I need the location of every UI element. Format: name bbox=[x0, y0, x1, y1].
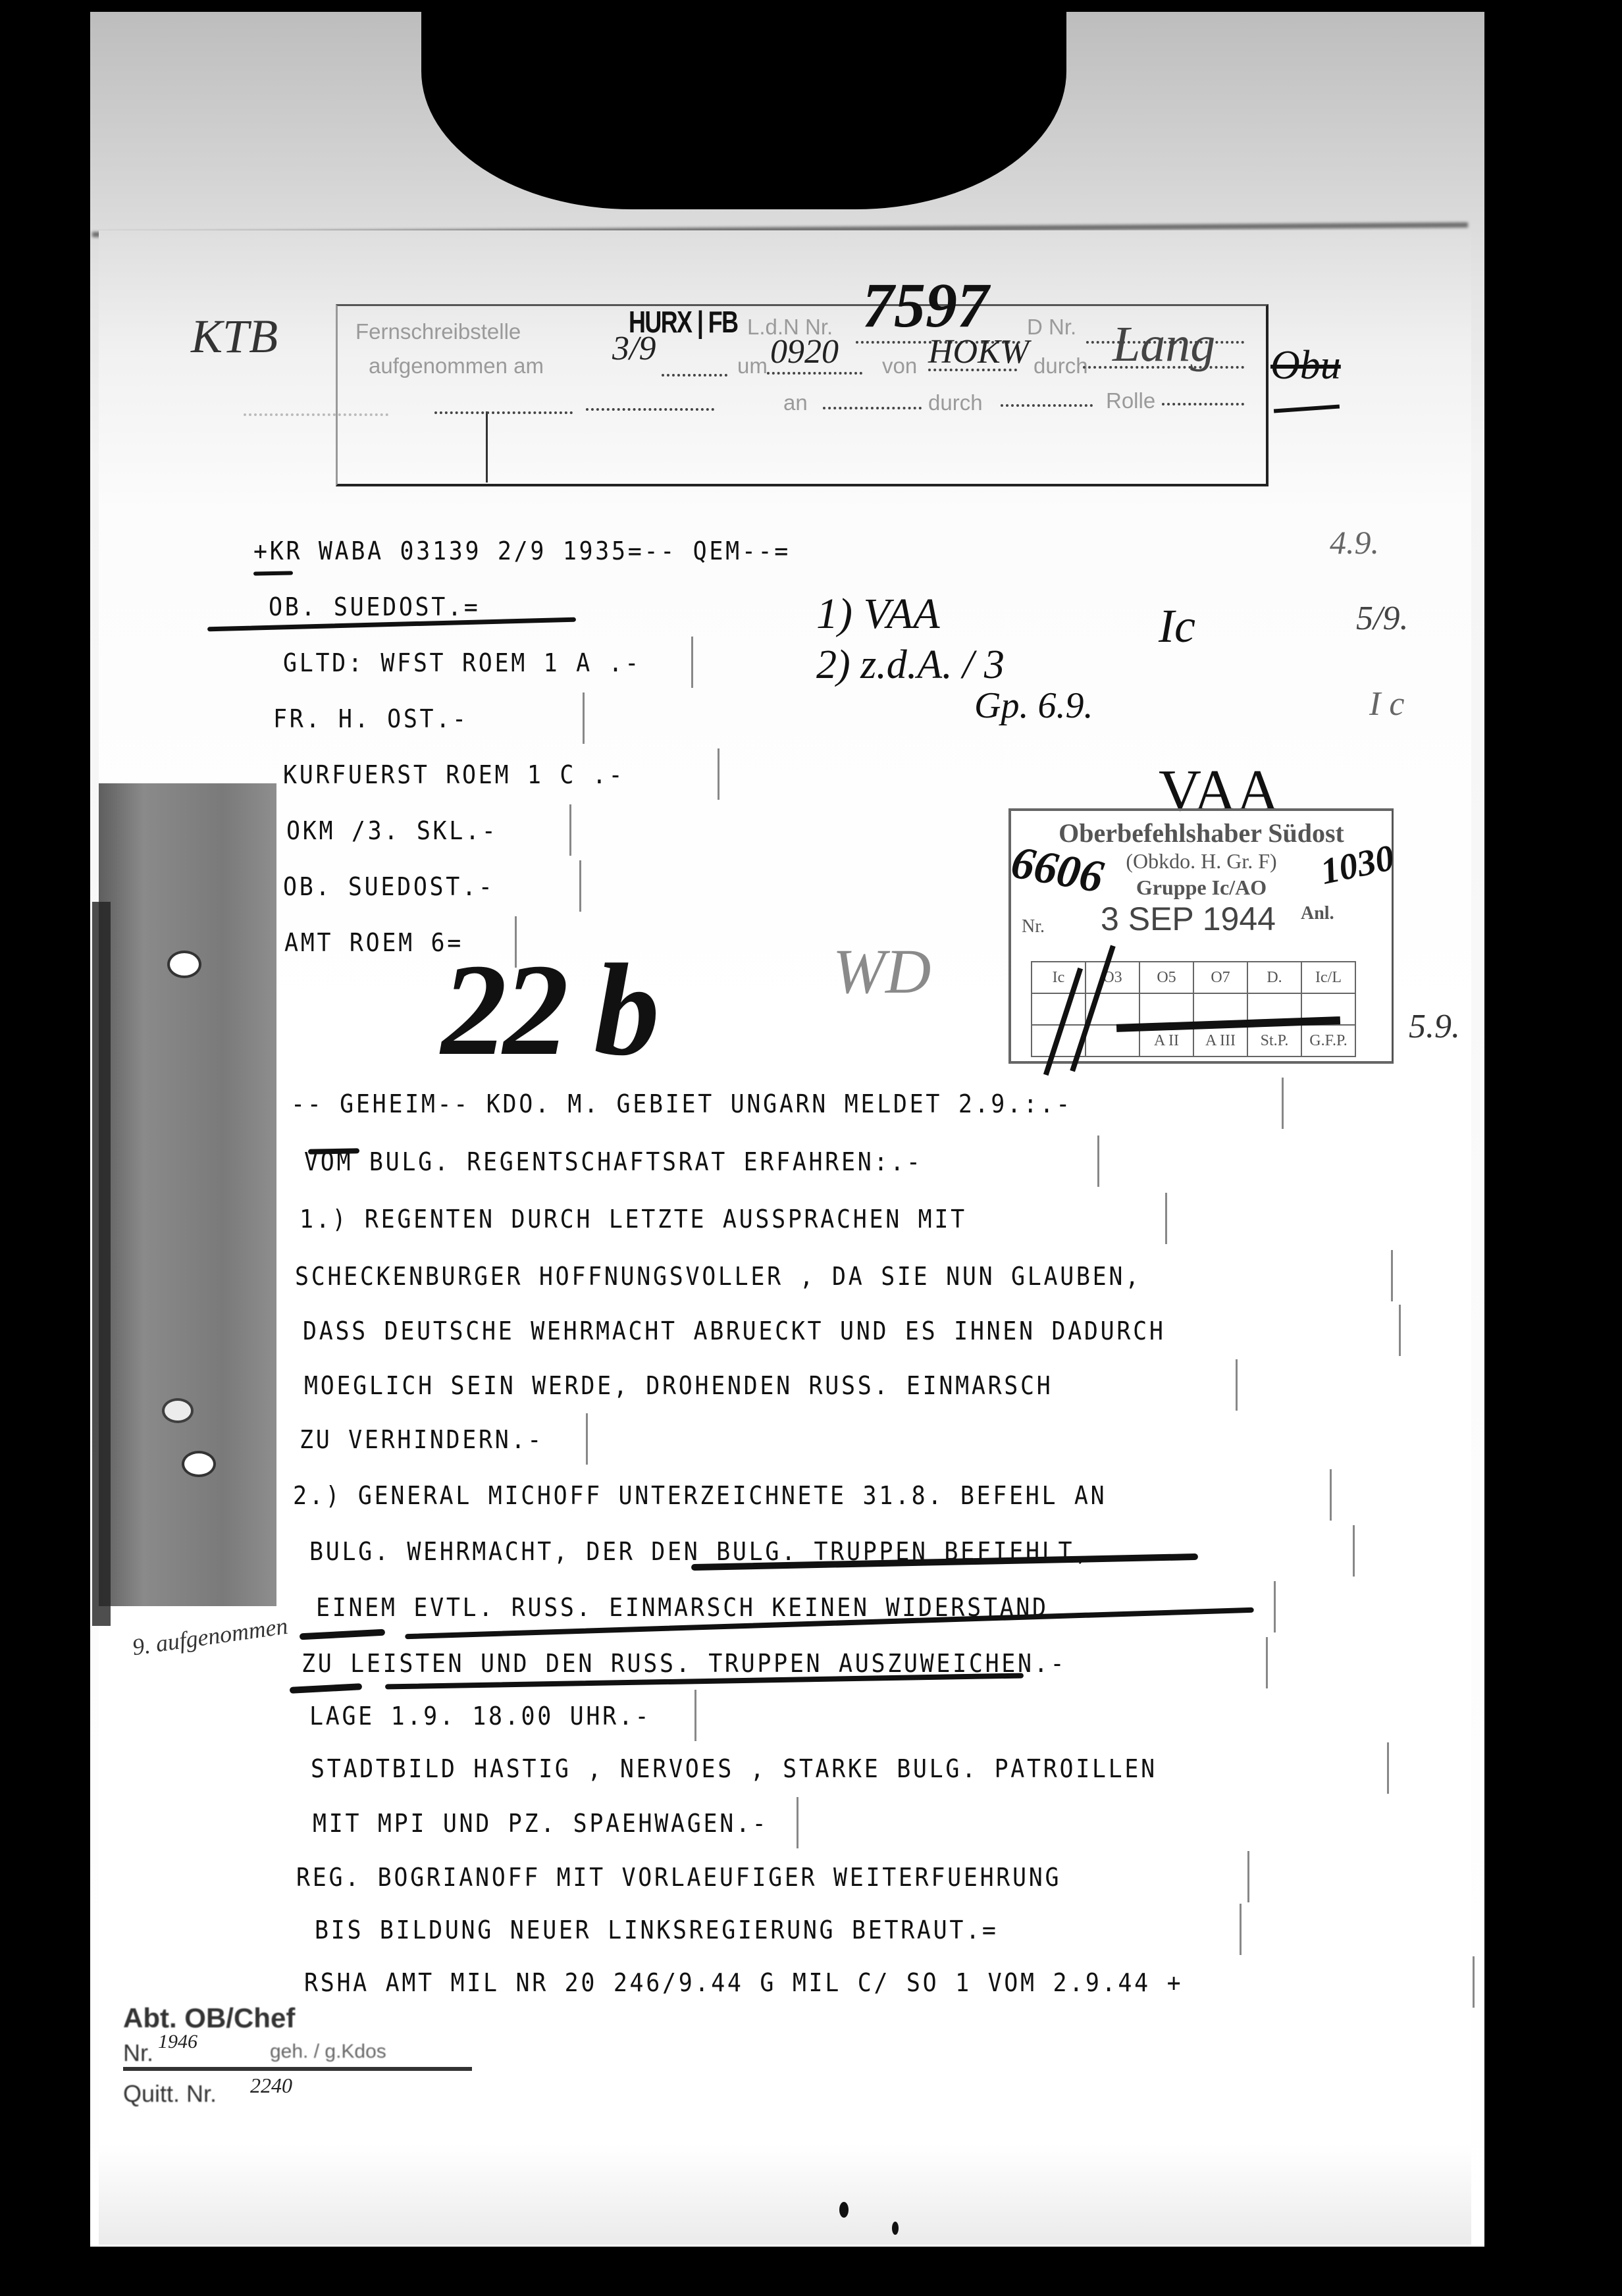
body-line: 1.) REGENTEN DURCH LETZTE AUSSPRACHEN MI… bbox=[300, 1205, 967, 1234]
annotation-right-date: 5.9. bbox=[1409, 1007, 1460, 1046]
annotation-date-1: 4.9. bbox=[1330, 523, 1379, 561]
grid-cell: St.P. bbox=[1247, 1025, 1301, 1057]
body-line: BIS BILDUNG NEUER LINKSREGIERUNG BETRAUT… bbox=[315, 1916, 999, 1944]
annotation-ic-2: I c bbox=[1369, 685, 1404, 723]
annotation-pencil-initials: WD bbox=[833, 935, 931, 1008]
body-line: MOEGLICH SEIN WERDE, DROHENDEN RUSS. EIN… bbox=[304, 1371, 1053, 1400]
body-line: REG. BOGRIANOFF MIT VORLAEUFIGER WEITERF… bbox=[296, 1863, 1061, 1892]
filing-quit-value: 2240 bbox=[250, 2074, 292, 2098]
body-line: SCHECKENBURGER HOFFNUNGSVOLLER , DA SIE … bbox=[295, 1262, 1141, 1291]
annotation-ktb: KTB bbox=[191, 309, 278, 364]
binding-edge bbox=[92, 902, 111, 1626]
annotation-routing-1: 1) VAA bbox=[816, 589, 940, 639]
filing-line1: Abt. OB/Chef bbox=[123, 2002, 295, 2034]
received-date: 3/9 bbox=[612, 329, 656, 368]
grid-cell: O5 bbox=[1139, 962, 1193, 993]
body-line: -- GEHEIM-- KDO. M. GEBIET UNGARN MELDET… bbox=[291, 1089, 1072, 1118]
grid-cell: O7 bbox=[1193, 962, 1247, 993]
grid-cell: A III bbox=[1193, 1025, 1247, 1057]
binding-strip bbox=[99, 783, 276, 1606]
form-field-box bbox=[486, 411, 1266, 483]
body-line: LAGE 1.9. 18.00 UHR.- bbox=[309, 1702, 651, 1731]
station-label: Fernschreibstelle bbox=[355, 319, 521, 344]
time-label: um bbox=[737, 353, 768, 378]
body-line: 2.) GENERAL MICHOFF UNTERZEICHNETE 31.8.… bbox=[293, 1481, 1107, 1510]
telegram-header: +KR WABA 03139 2/9 1935=-- QEM--= bbox=[253, 536, 791, 565]
by-label: durch bbox=[1033, 353, 1088, 378]
from-value: HOKW bbox=[928, 332, 1029, 371]
annotation-date-2: 5/9. bbox=[1356, 599, 1408, 638]
punch-hole bbox=[184, 1453, 213, 1474]
grid-cell: Ic/L bbox=[1301, 962, 1355, 993]
stamp-anl-label: Anl. bbox=[1301, 903, 1334, 924]
hand-underline bbox=[308, 1148, 359, 1154]
body-line: STADTBILD HASTIG , NERVOES , STARKE BULG… bbox=[311, 1754, 1157, 1783]
body-line: ZU VERHINDERN.- bbox=[300, 1425, 544, 1454]
by-value: Lang bbox=[1112, 316, 1215, 373]
body-line: DASS DEUTSCHE WEHRMACHT ABRUECKT UND ES … bbox=[303, 1317, 1166, 1345]
from-label: von bbox=[882, 353, 917, 378]
grid-cell: O3 bbox=[1086, 962, 1139, 993]
filing-suffix: geh. / g.Kdos bbox=[270, 2041, 386, 2063]
forward-durch-label: durch bbox=[928, 390, 983, 415]
telegram-addressee: OB. SUEDOST.= bbox=[269, 592, 480, 621]
dnr-label: D Nr. bbox=[1027, 315, 1076, 340]
binder-notch bbox=[421, 0, 1066, 209]
stamp-line1: Oberbefehlshaber Südost bbox=[1011, 818, 1392, 848]
body-line: RSHA AMT MIL NR 20 246/9.44 G MIL C/ SO … bbox=[304, 1968, 1183, 1997]
annotation-ic: Ic bbox=[1159, 599, 1195, 654]
annotation-routing-date: Gp. 6.9. bbox=[974, 685, 1093, 727]
punch-hole bbox=[170, 953, 199, 976]
body-line: MIT MPI UND PZ. SPAEHWAGEN.- bbox=[313, 1809, 768, 1838]
forward-rolle-label: Rolle bbox=[1106, 388, 1155, 413]
filing-nr-label: Nr. bbox=[123, 2039, 153, 2067]
received-label: aufgenommen am bbox=[369, 353, 544, 378]
punch-hole bbox=[165, 1401, 191, 1421]
body-line: ZU LEISTEN UND DEN RUSS. TRUPPEN AUSZUWE… bbox=[301, 1649, 1066, 1678]
grid-cell: D. bbox=[1247, 962, 1301, 993]
forward-an-label: an bbox=[783, 390, 808, 415]
time-value: 0920 bbox=[770, 332, 839, 371]
body-line: VOM BULG. REGENTSCHAFTSRAT ERFAHREN:.- bbox=[304, 1147, 923, 1176]
filing-nr-value: 1946 bbox=[158, 2031, 197, 2053]
annotation-routing-2: 2) z.d.A. / 3 bbox=[816, 642, 1005, 689]
ldnr-value: 7597 bbox=[862, 269, 989, 342]
annotation-struck-initials: Obu bbox=[1270, 342, 1341, 389]
filing-quit-label: Quitt. Nr. bbox=[123, 2080, 217, 2108]
grid-cell: G.F.P. bbox=[1301, 1025, 1355, 1057]
receipt-stamp: Oberbefehlshaber Südost (Obkdo. H. Gr. F… bbox=[1008, 808, 1394, 1064]
